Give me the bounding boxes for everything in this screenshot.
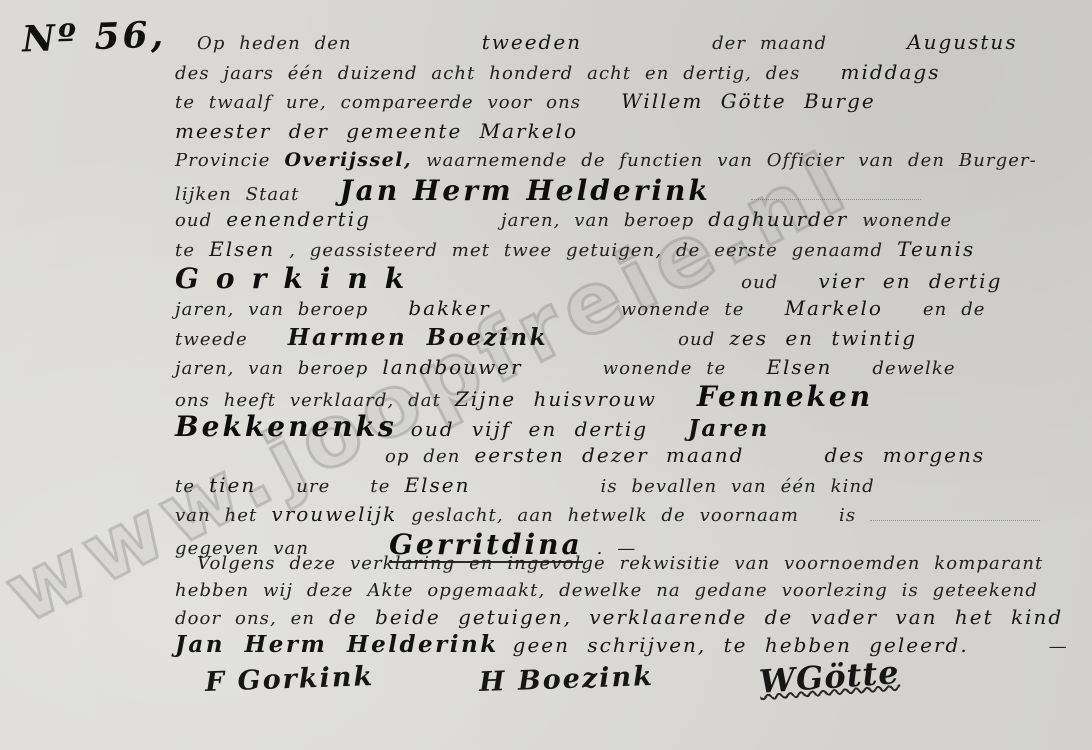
handwritten-text: lijken Staat xyxy=(175,184,299,205)
handwritten-text: Bekkenenks xyxy=(175,410,397,443)
handwritten-text: Augustus xyxy=(907,30,1017,54)
handwritten-text: Jan Herm Helderink xyxy=(339,174,710,207)
handwritten-text: — xyxy=(1049,636,1068,657)
signatures-row: F GorkinkH BoezinkWGötte xyxy=(205,658,1065,696)
handwritten-line: te twaalf ure, compareerde voor onsWille… xyxy=(175,87,1075,117)
handwritten-text: Jan Herm Helderink xyxy=(175,631,499,658)
scanned-birth-certificate: www.joopfreie.nl Nº 56, Op heden dentwee… xyxy=(0,0,1092,750)
handwritten-text: Fenneken xyxy=(697,380,873,413)
handwritten-line: jaren, van beroepbakkerwonende teMarkelo… xyxy=(175,294,1075,324)
handwritten-text: des jaars één duizend acht honderd acht … xyxy=(175,63,801,84)
handwritten-text: Jaren xyxy=(688,415,770,442)
handwritten-text: de beide getuigen, verklaarende de vader… xyxy=(329,605,1063,629)
handwritten-text: middags xyxy=(841,60,941,84)
handwritten-text: Markelo xyxy=(785,296,883,320)
handwritten-text: Harmen Boezink xyxy=(288,324,548,351)
handwritten-text: Elsen xyxy=(766,355,832,379)
handwritten-line: tetienureteElsenis bevallen van één kind xyxy=(175,471,1075,501)
handwritten-line: Volgens deze verklaring en ingevolge rek… xyxy=(175,550,1075,577)
handwritten-line: tweedeHarmen Boezinkoudzes en twintig xyxy=(175,323,1075,353)
handwritten-text: tweede xyxy=(175,329,248,350)
handwritten-text: vrouwelijk xyxy=(271,502,397,526)
handwritten-text: vier en dertig xyxy=(818,269,1002,293)
act-closing-paragraph: Volgens deze verklaring en ingevolge rek… xyxy=(175,550,1075,658)
act-body-paragraph-1: Op heden dentweedender maandAugustusdes … xyxy=(175,28,1075,559)
handwritten-text: te twaalf ure, compareerde voor ons xyxy=(175,92,581,113)
handwritten-text: Provincie xyxy=(175,150,270,171)
handwritten-text: meester der gemeente Markelo xyxy=(175,119,578,143)
handwritten-text: ure xyxy=(296,476,330,497)
handwritten-text: op den xyxy=(385,446,460,467)
handwritten-text: wonende te xyxy=(603,358,727,379)
handwritten-text: Overijssel, xyxy=(284,149,412,171)
handwritten-text: hebben wij deze Akte opgemaakt, dewelke … xyxy=(175,580,1038,601)
handwritten-text: Elsen xyxy=(209,237,275,261)
handwritten-line: oudeenendertigjaren, van beroepdaghuurde… xyxy=(175,205,1075,235)
handwritten-text: te xyxy=(175,240,195,261)
handwritten-line: op deneersten dezer maanddes morgens xyxy=(175,441,1075,471)
handwritten-line: teElsen, geassisteerd met twee getuigen,… xyxy=(175,235,1075,265)
handwritten-text: eersten dezer maand xyxy=(474,443,744,467)
handwritten-line: ons heeft verklaard, datZijne huisvrouwF… xyxy=(175,382,1075,412)
signature-burgemeester-paraph: WGötte xyxy=(758,653,901,701)
handwritten-text: en de xyxy=(923,299,986,320)
handwritten-text xyxy=(870,506,1040,521)
handwritten-text: is bevallen van één kind xyxy=(600,476,874,497)
handwritten-text: tien xyxy=(209,473,256,497)
handwritten-line: lijken StaatJan Herm Helderink xyxy=(175,176,1075,206)
handwritten-line: des jaars één duizend acht honderd acht … xyxy=(175,58,1075,88)
handwritten-line: Op heden dentweedender maandAugustus xyxy=(175,28,1075,58)
handwritten-text: dewelke xyxy=(872,358,955,379)
handwritten-line: Jan Herm Helderinkgeen schrijven, te heb… xyxy=(175,631,1075,658)
handwritten-text: , geassisteerd met twee getuigen, de eer… xyxy=(289,240,883,261)
handwritten-text: wonende xyxy=(862,210,952,231)
handwritten-text: zes en twintig xyxy=(729,326,917,350)
handwritten-text: daghuurder xyxy=(708,207,848,231)
handwritten-text: bakker xyxy=(408,296,490,320)
handwritten-line: ProvincieOverijssel,waarnemende de funct… xyxy=(175,146,1075,176)
handwritten-text: geslacht, aan hetwelk de voornaam xyxy=(411,505,799,526)
handwritten-line: van hetvrouwelijkgeslacht, aan hetwelk d… xyxy=(175,500,1075,530)
handwritten-text: landbouwer xyxy=(382,355,522,379)
handwritten-text: oud xyxy=(741,272,778,293)
handwritten-text: is xyxy=(839,505,856,526)
handwritten-text: te xyxy=(175,476,195,497)
handwritten-line: jaren, van beroeplandbouwerwonende teEls… xyxy=(175,353,1075,383)
handwritten-text: waarnemende de functien van Officier van… xyxy=(426,150,1037,171)
act-number: Nº 56, xyxy=(21,13,166,60)
handwritten-text: Gorkink xyxy=(175,262,421,295)
handwritten-line: Bekkenenksoud vijf en dertigJaren xyxy=(175,412,1075,442)
handwritten-text: Willem Götte Burge xyxy=(621,89,876,113)
handwritten-line: Gorkinkoudvier en dertig xyxy=(175,264,1075,294)
handwritten-line: meester der gemeente Markelo xyxy=(175,117,1075,147)
handwritten-text: eenendertig xyxy=(226,207,371,231)
handwritten-text: Volgens deze verklaring en ingevolge rek… xyxy=(197,553,1043,574)
handwritten-text: oud vijf en dertig xyxy=(411,417,648,441)
handwritten-text: geen schrijven, te hebben geleerd. xyxy=(513,633,969,657)
signature-f-gorkink: F Gorkink xyxy=(205,661,375,698)
handwritten-text: wonende te xyxy=(621,299,745,320)
handwritten-text: jaren, van beroep xyxy=(501,210,694,231)
handwritten-text: te xyxy=(370,476,390,497)
handwritten-text: Op heden den xyxy=(197,33,352,54)
handwritten-text: door ons, en xyxy=(175,608,315,629)
handwritten-text: jaren, van beroep xyxy=(175,299,368,320)
handwritten-line: hebben wij deze Akte opgemaakt, dewelke … xyxy=(175,577,1075,604)
handwritten-text: oud xyxy=(678,329,715,350)
handwritten-text: Zijne huisvrouw xyxy=(455,387,657,411)
handwritten-text: der maand xyxy=(712,33,827,54)
handwritten-text: tweeden xyxy=(482,30,582,54)
signature-h-boezink: H Boezink xyxy=(479,661,655,698)
handwritten-text: ons heeft verklaard, dat xyxy=(175,390,441,411)
handwritten-text xyxy=(751,185,921,200)
handwritten-text: jaren, van beroep xyxy=(175,358,368,379)
handwritten-text: van het xyxy=(175,505,257,526)
handwritten-text: Teunis xyxy=(897,237,975,261)
handwritten-text: des morgens xyxy=(825,443,986,467)
handwritten-text: oud xyxy=(175,210,212,231)
handwritten-line: door ons, ende beide getuigen, verklaare… xyxy=(175,604,1075,631)
handwritten-text: Elsen xyxy=(405,473,471,497)
